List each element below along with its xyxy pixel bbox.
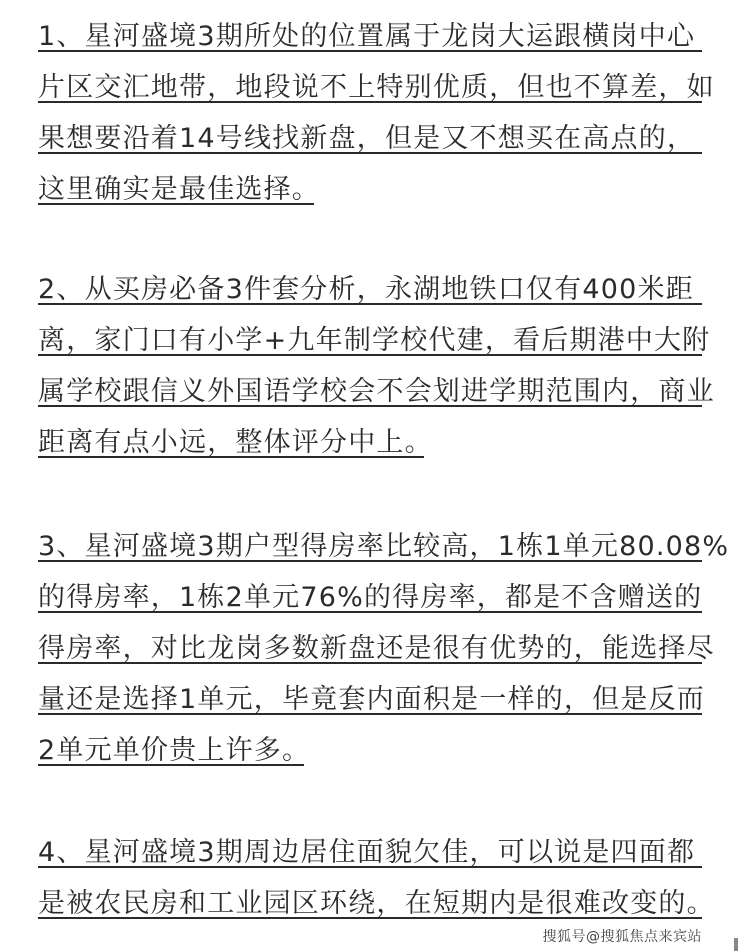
text-line: 1、星河盛境3期所处的位置属于龙岗大运跟横岗中心 (38, 4, 702, 55)
text-line: 3、星河盛境3期户型得房率比较高，1栋1单元80.08% (38, 514, 702, 565)
underline (38, 405, 702, 407)
underline (38, 611, 702, 613)
text-line: 距离有点小远，整体评分中上。 (38, 410, 702, 461)
paragraph-4: 4、星河盛境3期周边居住面貌欠佳，可以说是四面都 是被农民房和工业园区环绕，在短… (38, 820, 702, 922)
paragraph-2: 2、从买房必备3件套分析，永湖地铁口仅有400米距 离，家门口有小学+九年制学校… (38, 257, 702, 461)
text-line: 4、星河盛境3期周边居住面貌欠佳，可以说是四面都 (38, 820, 702, 871)
underline (38, 50, 702, 52)
underline (38, 917, 702, 919)
underline (38, 203, 314, 205)
text-line: 属学校跟信义外国语学校会不会划进学期范围内，商业 (38, 359, 702, 410)
underline (38, 560, 702, 562)
underline (38, 662, 702, 664)
text-line: 这里确实是最佳选择。 (38, 157, 702, 208)
text-line: 是被农民房和工业园区环绕，在短期内是很难改变的。 (38, 871, 702, 922)
underline (38, 152, 702, 154)
underline (38, 866, 702, 868)
underline (38, 764, 304, 766)
source-watermark: 搜狐号@搜狐焦点来宾站 (543, 926, 703, 946)
scroll-indicator (734, 938, 738, 951)
underline (38, 713, 702, 715)
text-line: 离，家门口有小学+九年制学校代建，看后期港中大附 (38, 308, 702, 359)
paragraph-1: 1、星河盛境3期所处的位置属于龙岗大运跟横岗中心 片区交汇地带，地段说不上特别优… (38, 4, 702, 208)
underline (38, 101, 702, 103)
underline (38, 456, 424, 458)
text-line: 2、从买房必备3件套分析，永湖地铁口仅有400米距 (38, 257, 702, 308)
text-line: 2单元单价贵上许多。 (38, 718, 702, 769)
text-line: 果想要沿着14号线找新盘，但是又不想买在高点的， (38, 106, 702, 157)
text-line: 量还是选择1单元，毕竟套内面积是一样的，但是反而 (38, 667, 702, 718)
underline (38, 354, 702, 356)
text-line: 得房率，对比龙岗多数新盘还是很有优势的，能选择尽 (38, 616, 702, 667)
text-line: 的得房率，1栋2单元76%的得房率，都是不含赠送的 (38, 565, 702, 616)
text-line: 片区交汇地带，地段说不上特别优质，但也不算差，如 (38, 55, 702, 106)
paragraph-3: 3、星河盛境3期户型得房率比较高，1栋1单元80.08% 的得房率，1栋2单元7… (38, 514, 702, 769)
underline (38, 303, 702, 305)
